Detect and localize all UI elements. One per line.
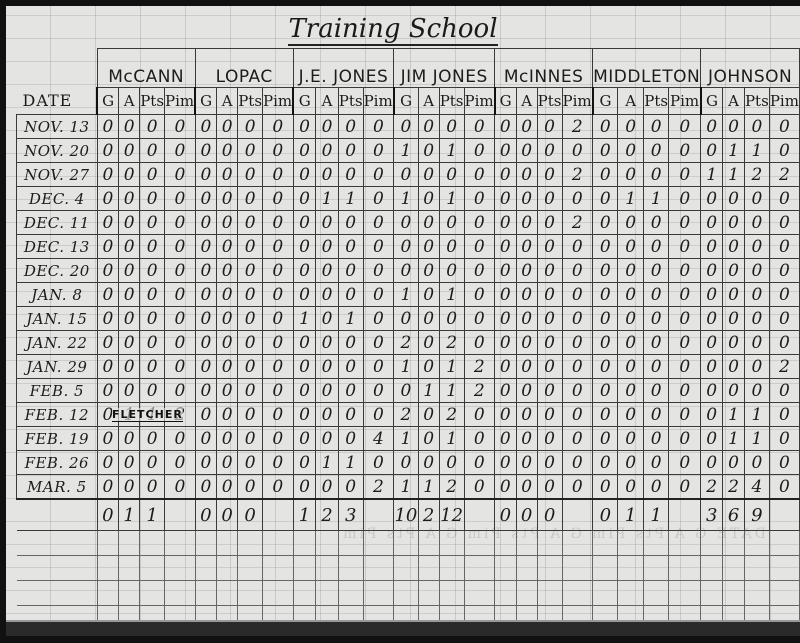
stat-cell: 0 xyxy=(723,259,745,283)
stat-cell: 1 xyxy=(723,427,745,451)
stat-cell: 0 xyxy=(165,451,196,475)
stat-cell: 0 xyxy=(418,211,439,235)
stat-cell: 0 xyxy=(439,163,464,187)
stat-cell: 0 xyxy=(165,379,196,403)
stat-cell: 0 xyxy=(363,307,394,331)
stat-cell: 0 xyxy=(593,283,618,307)
stat-cell: 1 xyxy=(394,475,418,500)
stat-cell: 0 xyxy=(618,307,643,331)
ledger-page: Training School McCANNLOPACJ.E. JONESJIM… xyxy=(6,6,800,636)
stat-cell: 0 xyxy=(701,331,723,355)
player-name-header: JIM JONES xyxy=(394,49,495,88)
stat-column-header: A xyxy=(119,88,140,115)
stat-cell: 0 xyxy=(439,235,464,259)
stat-cell: 0 xyxy=(195,283,216,307)
empty-cell xyxy=(418,581,439,606)
stat-cell: 0 xyxy=(140,475,165,500)
game-row: DEC. 110000000000000000000200000000 xyxy=(17,211,800,235)
stat-cell: 0 xyxy=(618,475,643,500)
stat-cell: 0 xyxy=(669,379,701,403)
stat-cell: 0 xyxy=(495,235,516,259)
stat-cell: 0 xyxy=(516,331,537,355)
stat-cell: 0 xyxy=(140,379,165,403)
stat-cell: 0 xyxy=(618,163,643,187)
stat-column-header: G xyxy=(293,88,316,115)
stat-cell: 0 xyxy=(217,427,238,451)
stat-cell: 0 xyxy=(618,355,643,379)
stat-cell: 0 xyxy=(643,427,669,451)
stat-cell: 0 xyxy=(338,331,363,355)
stat-cell: 0 xyxy=(744,331,769,355)
stat-cell: 0 xyxy=(643,307,669,331)
stat-column-header: Pim xyxy=(165,88,196,115)
stat-cell: 0 xyxy=(744,187,769,211)
stat-cell: 0 xyxy=(593,163,618,187)
stat-cell: 0 xyxy=(195,307,216,331)
stat-cell: 0 xyxy=(140,331,165,355)
stat-cell: 0 xyxy=(217,379,238,403)
stat-cell: 0 xyxy=(119,139,140,163)
stat-cell: 0 xyxy=(238,115,263,139)
stat-cell: 0 xyxy=(97,331,118,355)
stat-cell: 1 xyxy=(439,427,464,451)
stat-cell: 1 xyxy=(394,355,418,379)
stat-cell: 0 xyxy=(669,475,701,500)
stat-cell: 0 xyxy=(217,403,238,427)
game-date: DEC. 11 xyxy=(17,211,98,235)
stat-cell: 0 xyxy=(97,379,118,403)
stat-cell: 0 xyxy=(643,403,669,427)
stat-cell: 0 xyxy=(140,451,165,475)
stat-cell: 0 xyxy=(618,283,643,307)
stat-cell: 0 xyxy=(562,283,593,307)
empty-cell xyxy=(140,556,165,581)
stat-cell: 0 xyxy=(669,451,701,475)
stat-cell: 0 xyxy=(363,451,394,475)
stat-cell: 0 xyxy=(464,187,495,211)
game-date: JAN. 15 xyxy=(17,307,98,331)
stat-cell: 0 xyxy=(195,163,216,187)
empty-cell xyxy=(418,556,439,581)
stat-cell: 0 xyxy=(418,283,439,307)
stat-cell: 0 xyxy=(165,139,196,163)
stat-cell: 0 xyxy=(495,379,516,403)
stat-cell: 0 xyxy=(593,451,618,475)
stat-cell: 0 xyxy=(363,283,394,307)
stat-cell: 0 xyxy=(701,211,723,235)
stat-cell: 0 xyxy=(723,235,745,259)
stat-cell: 0 xyxy=(618,139,643,163)
stat-cell: 0 xyxy=(363,211,394,235)
stat-cell: 0 xyxy=(238,307,263,331)
stat-cell: 0 xyxy=(263,307,294,331)
stat-cell: 0 xyxy=(97,235,118,259)
stat-cell: 0 xyxy=(537,211,562,235)
stat-cell: 0 xyxy=(394,211,418,235)
stat-cell: 0 xyxy=(140,187,165,211)
stat-cell: 0 xyxy=(363,139,394,163)
stat-cell: 0 xyxy=(338,283,363,307)
stat-cell: 0 xyxy=(338,475,363,500)
empty-cell xyxy=(464,556,495,581)
game-date: DEC. 13 xyxy=(17,235,98,259)
stat-cell: 0 xyxy=(338,259,363,283)
stat-cell: 0 xyxy=(562,307,593,331)
stat-cell: 0 xyxy=(338,355,363,379)
game-row: JAN. 150000000010100000000000000000 xyxy=(17,307,800,331)
game-row: FEB. 50000000000000112000000000000 xyxy=(17,379,800,403)
stat-cell: 0 xyxy=(701,139,723,163)
empty-cell xyxy=(439,581,464,606)
stat-cell: 0 xyxy=(643,139,669,163)
stat-cell: 0 xyxy=(495,451,516,475)
stat-header-row: DATE GAPtsPimGAPtsPimGAPtsPimGAPtsPimGAP… xyxy=(17,88,800,115)
stat-cell: 0 xyxy=(464,235,495,259)
stat-cell: 2 xyxy=(394,331,418,355)
stat-cell: 0 xyxy=(363,355,394,379)
stat-cell: 0 xyxy=(537,307,562,331)
stat-cell: 2 xyxy=(744,163,769,187)
stat-cell: 0 xyxy=(394,235,418,259)
stat-column-header: G xyxy=(394,88,418,115)
substitution-note: FLETCHER xyxy=(112,408,183,422)
game-date: FEB. 5 xyxy=(17,379,98,403)
stat-cell: 0 xyxy=(238,283,263,307)
empty-cell xyxy=(769,531,799,556)
stat-cell: 0 xyxy=(701,427,723,451)
stat-cell: 0 xyxy=(293,403,316,427)
stat-cell: 0 xyxy=(723,331,745,355)
game-row: MAR. 50000000000021120000000002240 xyxy=(17,475,800,500)
stat-cell: 0 xyxy=(165,115,196,139)
stat-cell: 0 xyxy=(618,211,643,235)
stat-cell: 0 xyxy=(165,259,196,283)
stat-cell: 0 xyxy=(363,115,394,139)
page-edge xyxy=(6,620,800,636)
stat-cell: 0 xyxy=(495,403,516,427)
player-name-header: McINNES xyxy=(495,49,593,88)
stat-column-header: Pts xyxy=(537,88,562,115)
stat-column-header: Pts xyxy=(238,88,263,115)
stat-cell: 0 xyxy=(439,259,464,283)
stat-column-header: Pim xyxy=(669,88,701,115)
stat-cell: 0 xyxy=(744,451,769,475)
empty-cell xyxy=(769,581,799,606)
stat-cell: 0 xyxy=(769,403,799,427)
stat-cell: 0 xyxy=(562,403,593,427)
stat-cell: 0 xyxy=(495,475,516,500)
stat-cell: 1 xyxy=(744,139,769,163)
stat-cell: 0 xyxy=(263,115,294,139)
stat-cell: 0 xyxy=(537,259,562,283)
stat-cell: 0 xyxy=(97,139,118,163)
stat-cell: 0 xyxy=(701,235,723,259)
stat-cell: 0 xyxy=(165,211,196,235)
stat-cell: 2 xyxy=(562,211,593,235)
game-row: DEC. 200000000000000000000000000000 xyxy=(17,259,800,283)
stat-cell: 0 xyxy=(316,427,338,451)
stat-cell: 1 xyxy=(701,163,723,187)
stat-cell: 0 xyxy=(363,379,394,403)
stat-column-header: G xyxy=(195,88,216,115)
stat-cell: 0 xyxy=(439,115,464,139)
empty-cell xyxy=(263,581,294,606)
stat-cell: 0 xyxy=(744,307,769,331)
stat-cell: 0 xyxy=(669,235,701,259)
stat-cell: 0 xyxy=(293,355,316,379)
stat-cell: 0 xyxy=(701,451,723,475)
stat-cell: 0 xyxy=(217,115,238,139)
stat-cell: 0 xyxy=(263,355,294,379)
stat-cell: 0 xyxy=(562,427,593,451)
stat-cell: 0 xyxy=(744,115,769,139)
empty-cell xyxy=(669,556,701,581)
stat-cell: 0 xyxy=(263,451,294,475)
stat-cell: 0 xyxy=(643,211,669,235)
total-cell xyxy=(769,499,799,531)
stat-cell: 0 xyxy=(119,427,140,451)
stat-cell: 0 xyxy=(394,379,418,403)
stat-cell: 0 xyxy=(140,259,165,283)
stat-cell: 0 xyxy=(516,235,537,259)
stat-cell: 0 xyxy=(316,283,338,307)
stat-cell: 0 xyxy=(418,235,439,259)
stat-cell: 0 xyxy=(495,115,516,139)
stats-body: NOV. 130000000000000000000200000000NOV. … xyxy=(17,115,800,631)
game-date: FEB. 19 xyxy=(17,427,98,451)
stat-cell: 0 xyxy=(643,355,669,379)
stat-cell: 0 xyxy=(195,187,216,211)
stat-cell: 0 xyxy=(217,355,238,379)
stat-cell: 0 xyxy=(562,235,593,259)
stat-cell: 1 xyxy=(338,307,363,331)
stat-cell: 0 xyxy=(744,283,769,307)
stat-cell: 1 xyxy=(439,379,464,403)
stat-cell: 1 xyxy=(723,163,745,187)
empty-cell xyxy=(217,581,238,606)
stat-column-header: G xyxy=(495,88,516,115)
stat-cell: 0 xyxy=(363,331,394,355)
stat-cell: 1 xyxy=(394,283,418,307)
stat-cell: 0 xyxy=(217,187,238,211)
stat-cell: 0 xyxy=(744,355,769,379)
stat-cell: 0 xyxy=(119,307,140,331)
empty-cell xyxy=(263,556,294,581)
stat-cell: 0 xyxy=(769,379,799,403)
stat-cell: 0 xyxy=(516,283,537,307)
stat-cell: 2 xyxy=(464,355,495,379)
stat-cell: 0 xyxy=(263,403,294,427)
stat-cell: 0 xyxy=(97,163,118,187)
stat-cell: 0 xyxy=(140,307,165,331)
empty-cell xyxy=(97,556,118,581)
game-date: NOV. 20 xyxy=(17,139,98,163)
stat-cell: 0 xyxy=(701,115,723,139)
stat-cell: 0 xyxy=(769,259,799,283)
stat-cell: 0 xyxy=(643,259,669,283)
empty-cell xyxy=(744,581,769,606)
stat-cell: 0 xyxy=(464,115,495,139)
stat-cell: 1 xyxy=(394,187,418,211)
empty-cell xyxy=(744,556,769,581)
stat-cell: 1 xyxy=(643,187,669,211)
stat-cell: 0 xyxy=(593,379,618,403)
stat-cell: 0 xyxy=(495,427,516,451)
stat-cell: 0 xyxy=(217,475,238,500)
stat-cell: 0 xyxy=(293,427,316,451)
stat-cell: 0 xyxy=(516,139,537,163)
stat-cell: 0 xyxy=(394,451,418,475)
stat-cell: 0 xyxy=(293,163,316,187)
stat-cell: 0 xyxy=(593,211,618,235)
empty-cell xyxy=(723,581,745,606)
stat-cell: 0 xyxy=(238,379,263,403)
stat-cell: 2 xyxy=(723,475,745,500)
stat-cell: 0 xyxy=(562,259,593,283)
stat-cell: 0 xyxy=(537,283,562,307)
stat-cell: 0 xyxy=(263,163,294,187)
stat-cell: 1 xyxy=(316,187,338,211)
stat-cell: 0 xyxy=(418,451,439,475)
game-date: JAN. 8 xyxy=(17,283,98,307)
stat-cell: 0 xyxy=(217,331,238,355)
stat-cell: 0 xyxy=(140,427,165,451)
stat-cell: 0 xyxy=(593,403,618,427)
stat-cell: 2 xyxy=(701,475,723,500)
stat-cell: 0 xyxy=(316,355,338,379)
empty-row xyxy=(17,556,800,581)
stat-cell: 0 xyxy=(165,427,196,451)
stat-cell: 1 xyxy=(394,139,418,163)
stat-cell: 0 xyxy=(701,259,723,283)
stat-cell: 0 xyxy=(618,115,643,139)
empty-cell xyxy=(363,556,394,581)
empty-cell xyxy=(119,581,140,606)
stat-cell: 0 xyxy=(464,307,495,331)
stat-cell: 0 xyxy=(119,331,140,355)
game-row: FEB. 260000000001100000000000000000 xyxy=(17,451,800,475)
stat-cell: 0 xyxy=(338,163,363,187)
stat-cell: 0 xyxy=(338,427,363,451)
empty-cell xyxy=(97,581,118,606)
page-title: Training School xyxy=(288,14,498,46)
stat-cell: 0 xyxy=(165,163,196,187)
stat-cell: 0 xyxy=(593,355,618,379)
stat-cell: 0 xyxy=(769,235,799,259)
stat-cell: 0 xyxy=(217,163,238,187)
stat-cell: 0 xyxy=(119,115,140,139)
stat-cell: 0 xyxy=(238,475,263,500)
stat-cell: 0 xyxy=(464,211,495,235)
empty-cell xyxy=(593,556,618,581)
stat-cell: 0 xyxy=(217,235,238,259)
stat-cell: 0 xyxy=(293,187,316,211)
player-name-header: McCANN xyxy=(97,49,195,88)
empty-cell xyxy=(562,581,593,606)
stat-cell: 0 xyxy=(97,211,118,235)
stat-cell: 0 xyxy=(669,307,701,331)
stat-cell: 0 xyxy=(140,115,165,139)
stat-cell: 0 xyxy=(464,475,495,500)
empty-cell xyxy=(701,556,723,581)
empty-cell xyxy=(495,581,516,606)
stat-cell: 0 xyxy=(669,427,701,451)
stat-cell: 0 xyxy=(562,451,593,475)
stat-cell: 0 xyxy=(701,283,723,307)
stat-cell: 0 xyxy=(394,115,418,139)
stat-column-header: Pts xyxy=(744,88,769,115)
stat-cell: 0 xyxy=(238,187,263,211)
stat-column-header: Pim xyxy=(562,88,593,115)
stat-cell: 1 xyxy=(723,139,745,163)
stat-cell: 0 xyxy=(769,211,799,235)
stat-column-header: Pts xyxy=(338,88,363,115)
stat-cell: 0 xyxy=(418,139,439,163)
stat-cell: 0 xyxy=(363,235,394,259)
stat-cell: 0 xyxy=(165,235,196,259)
stat-cell: 0 xyxy=(293,283,316,307)
stat-cell: 0 xyxy=(293,115,316,139)
stat-cell: 0 xyxy=(217,307,238,331)
stat-cell: 1 xyxy=(744,403,769,427)
stat-column-header: Pts xyxy=(140,88,165,115)
stat-cell: 2 xyxy=(394,403,418,427)
stat-cell: 0 xyxy=(418,187,439,211)
stat-cell: 0 xyxy=(338,235,363,259)
stat-cell: 0 xyxy=(769,283,799,307)
stat-cell: 0 xyxy=(293,331,316,355)
stat-cell: 0 xyxy=(97,187,118,211)
stat-cell: 0 xyxy=(769,187,799,211)
stat-column-header: A xyxy=(618,88,643,115)
stat-cell: 0 xyxy=(165,331,196,355)
stat-cell: 0 xyxy=(464,331,495,355)
stat-cell: 2 xyxy=(464,379,495,403)
stat-cell: 0 xyxy=(495,259,516,283)
stat-column-header: A xyxy=(316,88,338,115)
stat-cell: 0 xyxy=(263,211,294,235)
stat-cell: 0 xyxy=(701,307,723,331)
stat-cell: 0 xyxy=(495,283,516,307)
empty-cell xyxy=(516,556,537,581)
stat-cell: 0 xyxy=(562,187,593,211)
stat-column-header: A xyxy=(723,88,745,115)
stat-cell: 0 xyxy=(537,379,562,403)
stat-cell: 0 xyxy=(293,235,316,259)
stat-cell: 0 xyxy=(618,331,643,355)
stat-cell: 0 xyxy=(263,283,294,307)
stat-column-header: Pim xyxy=(263,88,294,115)
stat-cell: 0 xyxy=(593,427,618,451)
stat-cell: 0 xyxy=(195,427,216,451)
stat-cell: 4 xyxy=(744,475,769,500)
stat-column-header: G xyxy=(701,88,723,115)
stat-cell: 0 xyxy=(643,475,669,500)
stat-cell: 0 xyxy=(363,187,394,211)
empty-cell xyxy=(140,581,165,606)
stat-cell: 0 xyxy=(643,163,669,187)
stat-cell: 0 xyxy=(316,115,338,139)
stat-cell: 0 xyxy=(165,355,196,379)
stat-cell: 0 xyxy=(516,379,537,403)
stat-cell: 0 xyxy=(238,139,263,163)
stat-cell: 0 xyxy=(495,307,516,331)
empty-cell xyxy=(338,581,363,606)
stat-cell: 0 xyxy=(338,403,363,427)
stat-cell: 0 xyxy=(669,403,701,427)
stat-cell: 0 xyxy=(537,139,562,163)
game-row: NOV. 200000000000001010000000000110 xyxy=(17,139,800,163)
